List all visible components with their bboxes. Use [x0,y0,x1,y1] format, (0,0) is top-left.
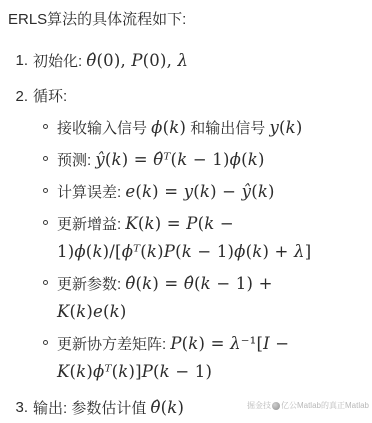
math-expression: y(k) [269,118,302,137]
text-run: 循环: [33,88,67,105]
loop-substeps-list: 接收输入信号 ϕ(k) 和输出信号 y(k) 预测: ŷ(k) = θ̂ᵀ(k … [33,114,368,386]
watermark-text-left: 掘金技 [247,401,271,411]
text-run: 输出: 参数估计值 [33,400,151,417]
formula-line: 接收输入信号 ϕ(k) 和输出信号 y(k) [57,114,368,142]
formula-line: 初始化: θ̂(0), P(0), λ [33,47,368,75]
substep-update-gain: 更新增益: K(k) = P(k − 1)ϕ(k)/[ϕᵀ(k)P(k − 1)… [33,210,368,266]
formula-line: 更新协方差矩阵: P(k) = λ⁻¹[I − [57,330,368,358]
bullet-column [33,270,57,285]
math-expression: ŷ(k) = θ̂ᵀ(k − 1)ϕ(k) [95,150,264,169]
formula-line: 预测: ŷ(k) = θ̂ᵀ(k − 1)ϕ(k) [57,146,368,174]
text-run: 接收输入信号 [57,120,151,137]
text-run: 更新增益: [57,216,125,233]
math-expression: K(k)ϕᵀ(k)]P(k − 1) [57,362,212,381]
math-expression: e(k) = y(k) − ŷ(k) [125,182,274,201]
math-expression: θ̂(k) [151,398,185,417]
step-content: 循环: 接收输入信号 ϕ(k) 和输出信号 y(k) 预测: ŷ(k) = θ̂… [33,83,368,386]
page-title: ERLS算法的具体流程如下: [8,9,368,31]
text-run: 更新协方差矩阵: [57,336,170,353]
steps-list: 1. 初始化: θ̂(0), P(0), λ 2. 循环: 接收输入信号 ϕ(k… [8,47,368,422]
substep-compute-error: 计算误差: e(k) = y(k) − ŷ(k) [33,178,368,206]
bullet-column [33,330,57,345]
substep-content: 更新增益: K(k) = P(k − 1)ϕ(k)/[ϕᵀ(k)P(k − 1)… [57,210,368,266]
algorithm-document: ERLS算法的具体流程如下: 1. 初始化: θ̂(0), P(0), λ 2.… [0,0,372,423]
circle-bullet-icon [43,280,48,285]
formula-line-continuation: K(k)ϕᵀ(k)]P(k − 1) [57,358,368,386]
formula-line: 计算误差: e(k) = y(k) − ŷ(k) [57,178,368,206]
circle-bullet-icon [43,124,48,129]
text-run: 初始化: [33,53,86,70]
text-run: 预测: [57,152,95,169]
step-number: 3. [8,394,33,421]
math-expression: θ̂(0), P(0), λ [86,51,188,70]
step-item-initialization: 1. 初始化: θ̂(0), P(0), λ [8,47,368,75]
watermark-text-right: 亿公Matlab的真正Matlab [281,401,369,411]
circle-bullet-icon [43,340,48,345]
bullet-column [33,210,57,225]
bullet-column [33,146,57,161]
substep-content: 预测: ŷ(k) = θ̂ᵀ(k − 1)ϕ(k) [57,146,368,174]
formula-line-continuation: 1)ϕ(k)/[ϕᵀ(k)P(k − 1)ϕ(k) + λ] [57,238,368,266]
bullet-column [33,178,57,193]
text-run: 和输出信号 [186,120,269,137]
step-number: 1. [8,47,33,74]
substep-content: 计算误差: e(k) = y(k) − ŷ(k) [57,178,368,206]
math-expression: ϕ(k) [151,118,186,137]
step-content: 初始化: θ̂(0), P(0), λ [33,47,368,75]
circle-bullet-icon [43,220,48,225]
watermark: 掘金技 亿公Matlab的真正Matlab [247,401,369,411]
step-number: 2. [8,83,33,110]
text-run: 计算误差: [57,184,125,201]
circle-bullet-icon [43,188,48,193]
math-expression: P(k) = λ⁻¹[I − [170,334,289,353]
substep-predict: 预测: ŷ(k) = θ̂ᵀ(k − 1)ϕ(k) [33,146,368,174]
substep-content: 更新参数: θ̂(k) = θ̂(k − 1) + K(k)e(k) [57,270,368,326]
formula-line: 循环: [33,83,368,110]
substep-update-covariance: 更新协方差矩阵: P(k) = λ⁻¹[I − K(k)ϕᵀ(k)]P(k − … [33,330,368,386]
substep-receive-signals: 接收输入信号 ϕ(k) 和输出信号 y(k) [33,114,368,142]
step-item-loop: 2. 循环: 接收输入信号 ϕ(k) 和输出信号 y(k) 预测: ŷ(k) =… [8,83,368,386]
math-expression: θ̂(k) = θ̂(k − 1) + [125,274,272,293]
circle-bullet-icon [43,156,48,161]
bullet-column [33,114,57,129]
text-run: 更新参数: [57,276,125,293]
substep-content: 更新协方差矩阵: P(k) = λ⁻¹[I − K(k)ϕᵀ(k)]P(k − … [57,330,368,386]
formula-line-continuation: K(k)e(k) [57,298,368,326]
math-expression: 1)ϕ(k)/[ϕᵀ(k)P(k − 1)ϕ(k) + λ] [57,242,311,261]
math-expression: K(k) = P(k − [125,214,234,233]
watermark-logo-icon [272,402,280,410]
math-expression: K(k)e(k) [57,302,126,321]
substep-update-parameters: 更新参数: θ̂(k) = θ̂(k − 1) + K(k)e(k) [33,270,368,326]
formula-line: 更新参数: θ̂(k) = θ̂(k − 1) + [57,270,368,298]
substep-content: 接收输入信号 ϕ(k) 和输出信号 y(k) [57,114,368,142]
formula-line: 更新增益: K(k) = P(k − [57,210,368,238]
